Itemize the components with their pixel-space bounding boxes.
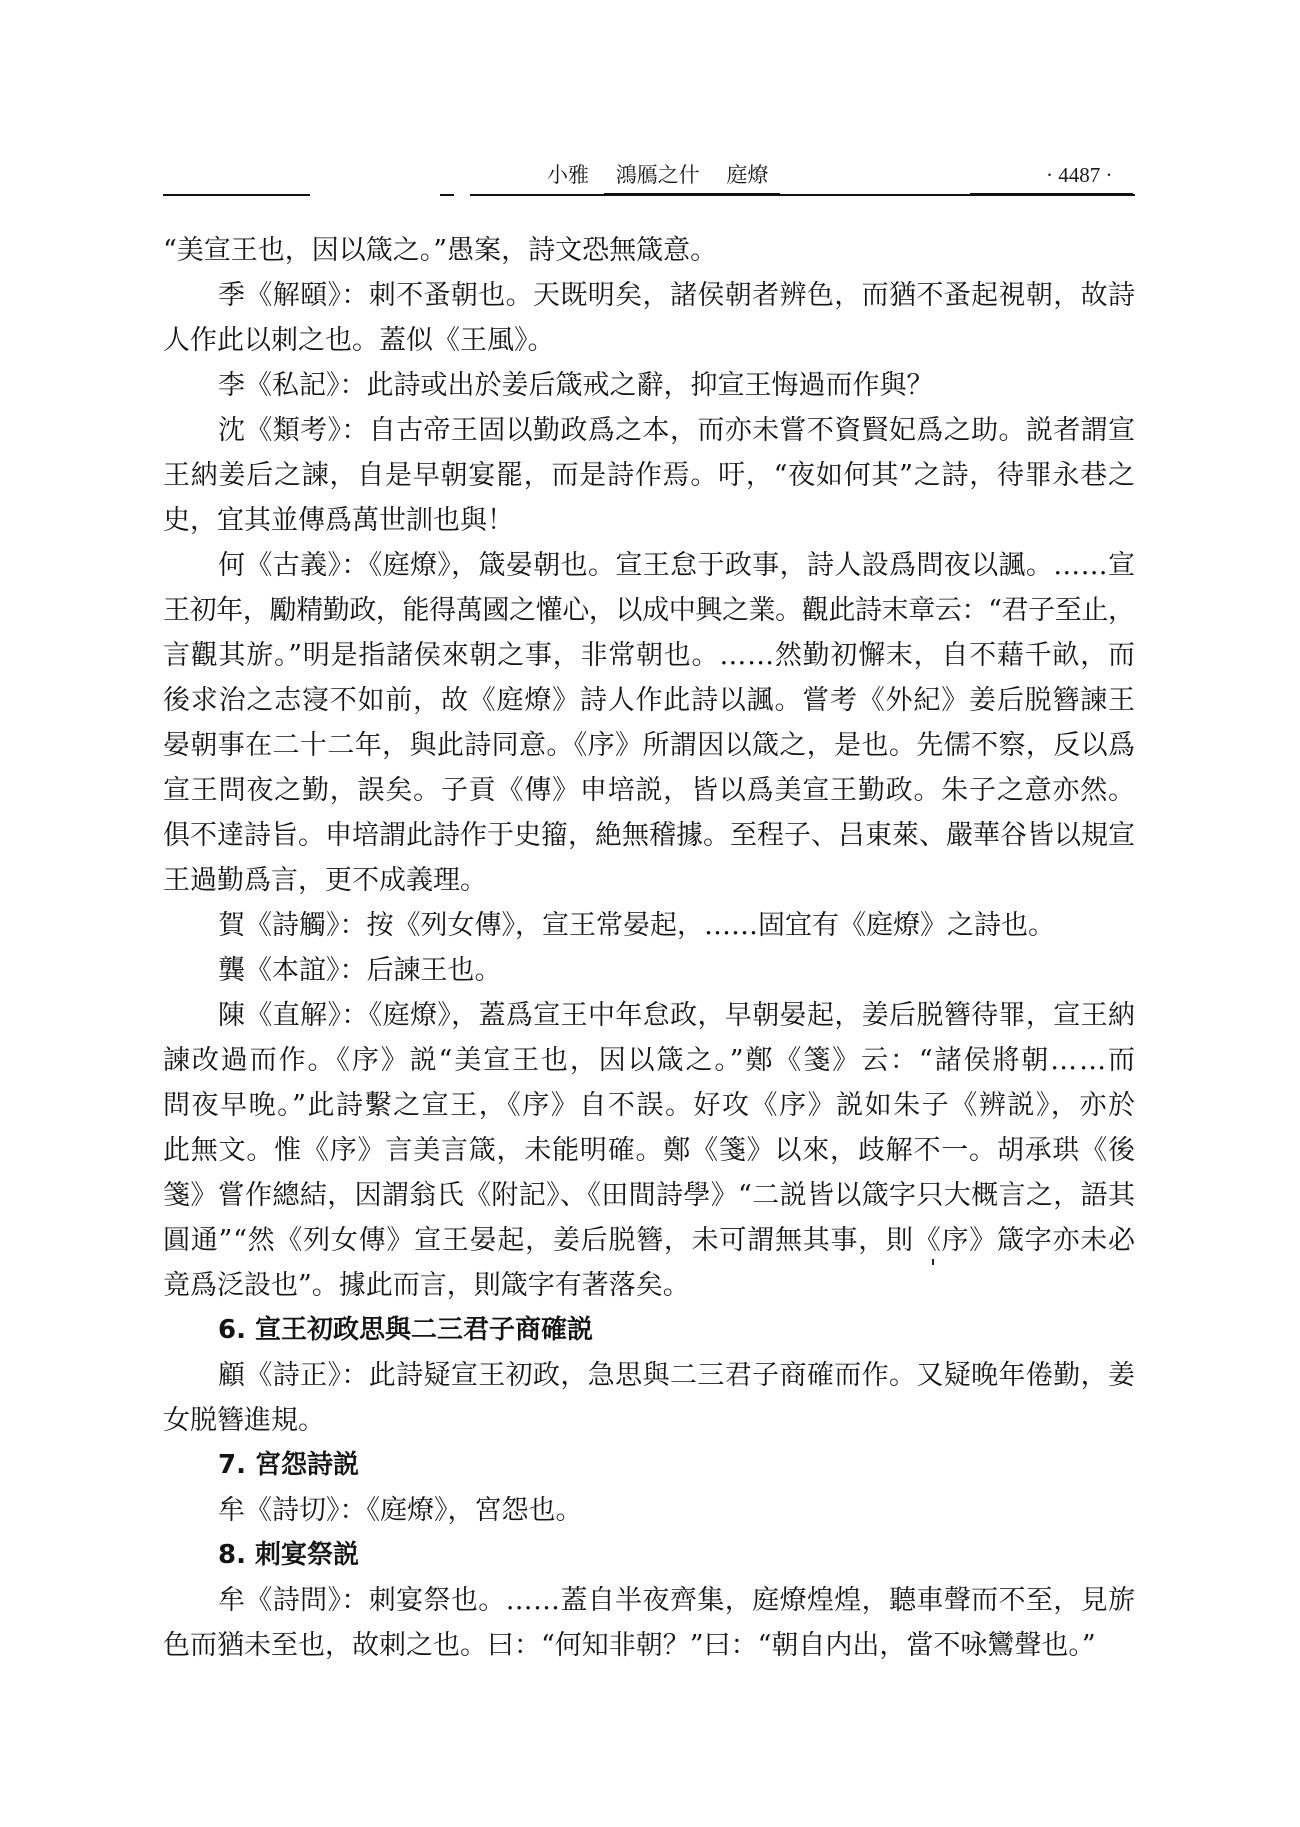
- text-line: “美宣王也，因以箴之。”愚案，詩文恐無箴意。: [163, 228, 1135, 273]
- running-header-part-decade: 鴻鴈之什: [616, 163, 700, 187]
- text-line: 王過勤爲言，更不成義理。: [163, 858, 1135, 903]
- section-heading: 7. 宮怨詩説: [163, 1443, 1135, 1488]
- text-line: 竟爲泛設也”。據此而言，則箴字有著落矣。: [163, 1263, 1135, 1308]
- header-rule-segment: [604, 193, 780, 196]
- text-line: 牟《詩問》：刺宴祭也。……蓋自半夜齊集，庭燎煌煌，聽車聲而不至，見旂: [163, 1578, 1135, 1623]
- paragraph-ji-jieyi: 季《解頤》：刺不蚤朝也。天既明矣，諸侯朝者辨色，而猶不蚤起視朝，故詩 人作此以刺…: [163, 273, 1135, 363]
- text-line: 女脱簪進規。: [163, 1398, 1135, 1443]
- text-line: 顧《詩正》：此詩疑宣王初政，急思與二三君子商確而作。又疑晚年倦勤，姜: [163, 1353, 1135, 1398]
- text-line: 此無文。惟《序》言美言箴，未能明確。鄭《箋》以來，歧解不一。胡承珙《後: [163, 1128, 1135, 1173]
- text-line: 賀《詩觸》：按《列女傳》，宣王常晏起，……固宜有《庭燎》之詩也。: [163, 903, 1135, 948]
- text-line: 箋》嘗作總結，因謂翁氏《附記》、《田間詩學》“二説皆以箴字只大概言之，語其: [163, 1173, 1135, 1218]
- text-line: 龔《本誼》：后諫王也。: [163, 948, 1135, 993]
- paragraph-li-siji: 李《私記》：此詩或出於姜后箴戒之辭，抑宣王悔過而作與？: [163, 363, 1135, 408]
- text-line: 史，宜其並傳爲萬世訓也與！: [163, 498, 1135, 543]
- paragraph-he-shichu: 賀《詩觸》：按《列女傳》，宣王常晏起，……固宜有《庭燎》之詩也。: [163, 903, 1135, 948]
- body-text: “美宣王也，因以箴之。”愚案，詩文恐無箴意。 季《解頤》：刺不蚤朝也。天既明矣，…: [163, 228, 1135, 1668]
- paragraph-continuation: “美宣王也，因以箴之。”愚案，詩文恐無箴意。: [163, 228, 1135, 273]
- text-line: 季《解頤》：刺不蚤朝也。天既明矣，諸侯朝者辨色，而猶不蚤起視朝，故詩: [163, 273, 1135, 318]
- paragraph-gu-shizheng: 顧《詩正》：此詩疑宣王初政，急思與二三君子商確而作。又疑晚年倦勤，姜 女脱簪進規…: [163, 1353, 1135, 1443]
- text-line: 王納姜后之諫，自是早朝宴罷，而是詩作焉。吁，“夜如何其”之詩，待罪永巷之: [163, 453, 1135, 498]
- section-7: 7. 宮怨詩説 牟《詩切》：《庭燎》，宮怨也。: [163, 1443, 1135, 1533]
- page-number: · 4487 ·: [1046, 163, 1113, 187]
- section-heading: 6. 宣王初政思與二三君子商確説: [163, 1308, 1135, 1353]
- header-rule-segment: [440, 194, 454, 196]
- text-line: 言觀其旂。”明是指諸侯來朝之事，非常朝也。……然勤初懈末，自不藉千畝，而: [163, 633, 1135, 678]
- text-line: 晏朝事在二十二年，與此詩同意。《序》所謂因以箴之，是也。先儒不察，反以爲: [163, 723, 1135, 768]
- running-header-title: 小雅 鴻鴈之什 庭燎: [547, 163, 788, 187]
- book-page: 小雅 鴻鴈之什 庭燎 · 4487 · “美宣王也，因以箴之。”愚案，詩文恐無箴…: [0, 0, 1300, 1827]
- text-line: 後求治之志寖不如前，故《庭燎》詩人作此詩以諷。嘗考《外紀》姜后脱簪諫王: [163, 678, 1135, 723]
- text-line: 何《古義》：《庭燎》，箴晏朝也。宣王怠于政事，詩人設爲問夜以諷。……宣: [163, 543, 1135, 588]
- text-line: 沈《類考》：自古帝王固以勤政爲之本，而亦未嘗不資賢妃爲之助。説者謂宣: [163, 408, 1135, 453]
- section-6: 6. 宣王初政思與二三君子商確説 顧《詩正》：此詩疑宣王初政，急思與二三君子商確…: [163, 1308, 1135, 1443]
- running-header-part-book: 小雅: [547, 163, 589, 187]
- text-line: 牟《詩切》：《庭燎》，宮怨也。: [163, 1488, 1135, 1533]
- section-8: 8. 刺宴祭説 牟《詩問》：刺宴祭也。……蓋自半夜齊集，庭燎煌煌，聽車聲而不至，…: [163, 1533, 1135, 1668]
- header-rule-segment: [163, 194, 310, 196]
- text-line: 問夜早晚。”此詩繫之宣王，《序》自不誤。好攻《序》説如朱子《辨説》，亦於: [163, 1083, 1135, 1128]
- text-line: 李《私記》：此詩或出於姜后箴戒之辭，抑宣王悔過而作與？: [163, 363, 1135, 408]
- paragraph-mou-shiqie: 牟《詩切》：《庭燎》，宮怨也。: [163, 1488, 1135, 1533]
- paragraph-gong-benyi: 龔《本誼》：后諫王也。: [163, 948, 1135, 993]
- paragraph-he-guyi: 何《古義》：《庭燎》，箴晏朝也。宣王怠于政事，詩人設爲問夜以諷。……宣 王初年，…: [163, 543, 1135, 903]
- text-line: 諫改過而作。《序》説“美宣王也，因以箴之。”鄭《箋》云：“諸侯將朝……而: [163, 1038, 1135, 1083]
- text-line: 陳《直解》：《庭燎》，蓋爲宣王中年怠政，早朝晏起，姜后脱簪待罪，宣王納: [163, 993, 1135, 1038]
- paragraph-chen-zhijie: 陳《直解》：《庭燎》，蓋爲宣王中年怠政，早朝晏起，姜后脱簪待罪，宣王納 諫改過而…: [163, 993, 1135, 1308]
- paragraph-shen-leikao: 沈《類考》：自古帝王固以勤政爲之本，而亦未嘗不資賢妃爲之助。説者謂宣 王納姜后之…: [163, 408, 1135, 543]
- paragraph-mou-shiwen: 牟《詩問》：刺宴祭也。……蓋自半夜齊集，庭燎煌煌，聽車聲而不至，見旂 色而猶未至…: [163, 1578, 1135, 1668]
- text-line: 圓通”“然《列女傳》宣王晏起，姜后脱簪，未可謂無其事，則《序》箴字亦未必: [163, 1218, 1135, 1263]
- text-line: 宣王問夜之勤，誤矣。子貢《傳》申培説，皆以爲美宣王勤政。朱子之意亦然。: [163, 768, 1135, 813]
- text-line: 人作此以刺之也。蓋似《王風》。: [163, 318, 1135, 363]
- text-line: 王初年，勵精勤政，能得萬國之懽心，以成中興之業。觀此詩末章云：“君子至止，: [163, 588, 1135, 633]
- scan-speck: [932, 1259, 934, 1265]
- header-rule-segment: [970, 193, 1133, 196]
- section-heading: 8. 刺宴祭説: [163, 1533, 1135, 1578]
- text-line: 色而猶未至也，故刺之也。曰：“何知非朝？”曰：“朝自内出，當不咏鸞聲也。”: [163, 1623, 1135, 1668]
- running-header-part-poem: 庭燎: [726, 163, 768, 187]
- text-line: 俱不達詩旨。申培謂此詩作于史籀，絶無稽據。至程子、吕東萊、嚴華谷皆以規宣: [163, 813, 1135, 858]
